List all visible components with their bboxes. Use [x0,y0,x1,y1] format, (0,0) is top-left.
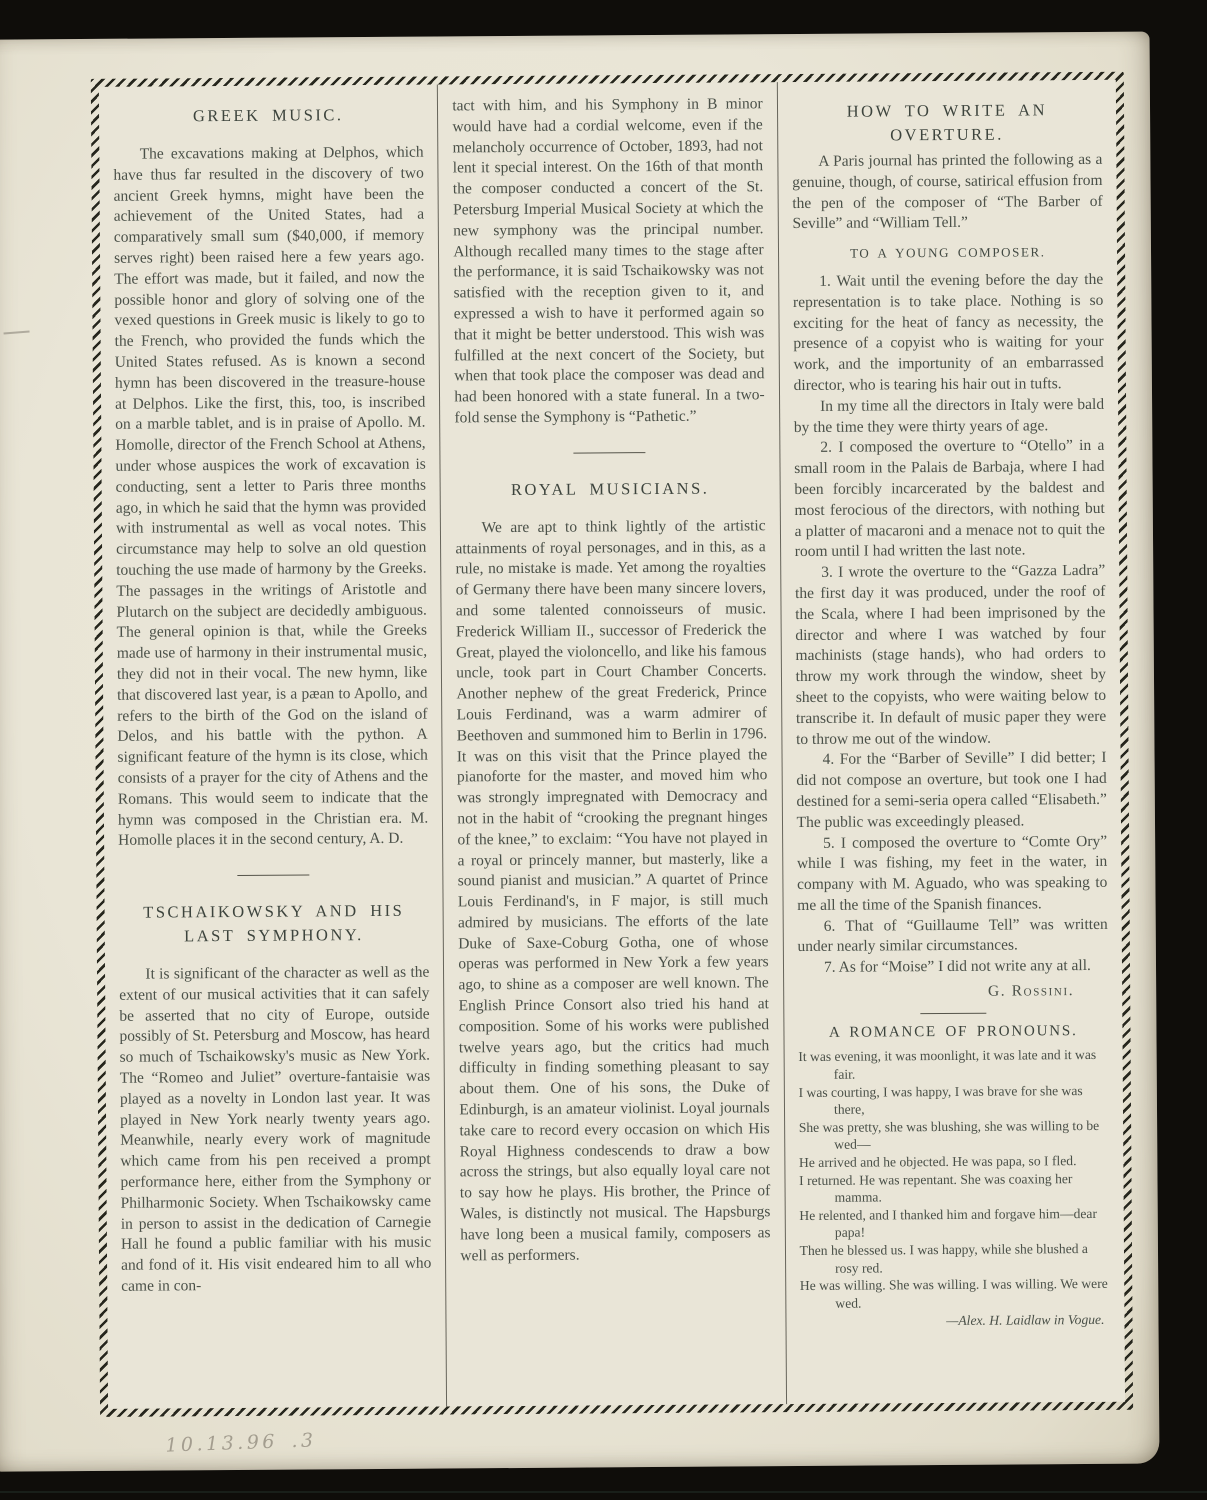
column-left: GREEK MUSIC. The excavations making at D… [99,85,447,1409]
column-middle: tact with him, and his Symphony in B min… [437,82,786,1406]
article-title: GREEK MUSIC. [113,103,423,129]
overture-rule-7: 7. As for “Moise” I did not write any at… [798,956,1108,979]
article-subtitle: TO A YOUNG COMPOSER. [793,242,1103,265]
article-intro: A Paris journal has printed the followin… [792,150,1103,235]
overture-rule-2: 2. I composed the overture to “Otello” i… [794,436,1105,563]
column-layout: GREEK MUSIC. The excavations making at D… [99,80,1125,1409]
article-continuation: tact with him, and his Symphony in B min… [452,94,765,429]
overture-rule-4: 4. For the “Barber of Seville” I did bet… [796,748,1107,833]
scanned-page: GREEK MUSIC. The excavations making at D… [0,32,1159,1472]
article-body: It is significant of the character as we… [119,963,432,1298]
article-royal-musicians: ROYAL MUSICIANS. We are apt to think lig… [455,476,771,1267]
poem-attribution: —Alex. H. Laidlaw in Vogue. [800,1311,1110,1331]
overture-rule-5: 5. I composed the overture to “Comte Ory… [797,831,1108,916]
article-title: TSCHAIKOWSKY AND HIS LAST SYMPHONY. [119,899,430,949]
margin-mark [4,330,30,334]
poem-romance-of-pronouns: A ROMANCE OF PRONOUNS. It was evening, i… [798,1023,1110,1331]
poem-title: A ROMANCE OF PRONOUNS. [798,1023,1108,1043]
section-divider-rule [920,1013,986,1014]
overture-aside: In my time all the directors in Italy we… [794,395,1105,439]
scan-artifact-line [0,1491,1207,1493]
scan-background: { "scan": { "annotation": "10.13.96 .3" … [0,0,1207,1500]
section-divider-rule [238,875,310,877]
overture-rule-3: 3. I wrote the overture to the “Gazza La… [795,561,1107,750]
article-greek-music: GREEK MUSIC. The excavations making at D… [113,103,429,852]
poem-line: He arrived and he objected. He was papa,… [799,1152,1109,1172]
column-right: HOW TO WRITE AN OVERTURE. A Paris journa… [776,80,1125,1404]
poem-line: Then he blessed us. I was happy, while s… [800,1240,1111,1277]
overture-rule-6: 6. That of “Guillaume Tell” was written … [797,915,1108,959]
section-divider-rule [574,452,646,454]
poem-line: It was evening, it was moonlight, it was… [798,1046,1109,1083]
article-how-to-write-an-overture: HOW TO WRITE AN OVERTURE. A Paris journa… [792,98,1109,1004]
poem-line: He was willing. She was willing. I was w… [800,1275,1111,1312]
poem-line: I returned. He was repentant. She was co… [799,1169,1110,1206]
poem-line: I was courting, I was happy, I was brave… [798,1082,1109,1119]
pencil-date-annotation: 10.13.96 .3 [165,1429,317,1456]
article-title: ROYAL MUSICIANS. [455,476,765,502]
article-body: We are apt to think lightly of the artis… [455,516,771,1267]
overture-rule-1: 1. Wait until the evening before the day… [793,270,1104,397]
article-body: The excavations making at Delphos, which… [113,143,428,852]
ornamental-rope-border: GREEK MUSIC. The excavations making at D… [91,72,1133,1417]
article-tschaikowsky-symphony: TSCHAIKOWSKY AND HIS LAST SYMPHONY. It i… [119,899,432,1298]
poem-line: He relented, and I thanked him and forga… [799,1205,1110,1242]
author-signature: G. Rossini. [798,981,1108,1004]
poem-line: She was pretty, she was blushing, she wa… [799,1117,1110,1154]
article-title: HOW TO WRITE AN OVERTURE. [792,98,1103,148]
